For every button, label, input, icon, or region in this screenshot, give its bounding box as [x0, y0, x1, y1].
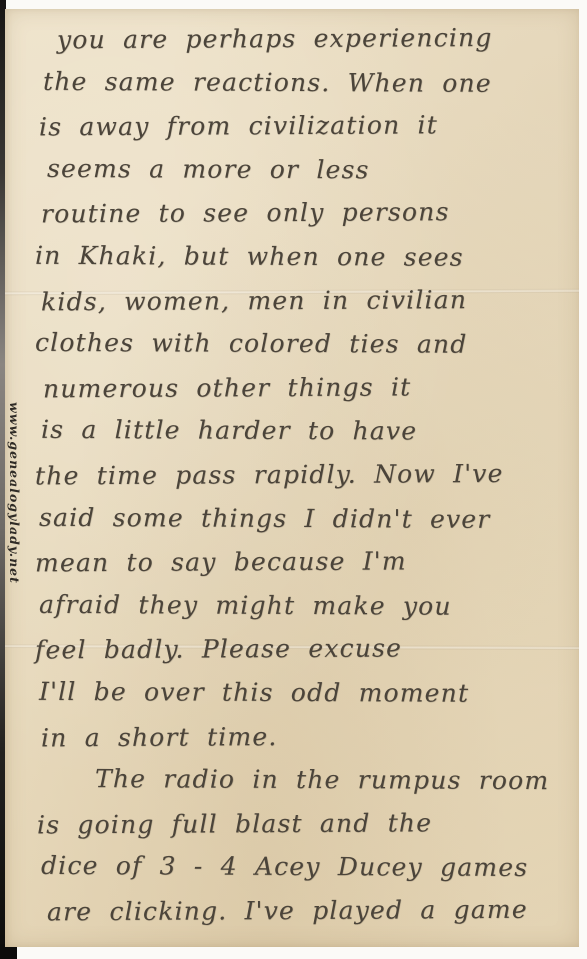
letter-line: mean to say because I'm — [35, 539, 567, 585]
letter-line: said some things I didn't ever — [35, 495, 567, 541]
letter-line: afraid they might make you — [35, 583, 567, 629]
letter-line: The radio in the rumpus room — [35, 757, 567, 803]
letter-line: routine to see only persons — [35, 190, 567, 236]
letter-line: are clicking. I've played a game — [35, 887, 567, 933]
letter-line: I'll be over this odd moment — [35, 670, 567, 716]
letter-line: the same reactions. When one — [35, 59, 567, 105]
letter-body: you are perhaps experiencingthe same rea… — [35, 17, 567, 932]
letter-line: is going full blast and the — [35, 800, 567, 846]
letter-line: numerous other things it — [35, 364, 567, 410]
letter-line: seems a more or less — [35, 147, 567, 193]
watermark-url: www.genealogylady.net — [7, 402, 22, 650]
letter-line: clothes with colored ties and — [35, 321, 567, 367]
letter-line: you are perhaps experiencing — [35, 16, 567, 62]
letter-line: feel badly. Please excuse — [35, 626, 567, 672]
letter-line: is away from civilization it — [35, 103, 567, 149]
letter-line: in a short time. — [35, 713, 567, 759]
letter-line: in Khaki, but when one sees — [35, 234, 567, 280]
letter-page: www.genealogylady.net you are perhaps ex… — [5, 9, 579, 947]
letter-line: dice of 3 - 4 Acey Ducey games — [35, 844, 567, 890]
letter-scan: www.genealogylady.net you are perhaps ex… — [0, 0, 587, 959]
letter-line: the time pass rapidly. Now I've — [35, 452, 567, 498]
letter-line: kids, women, men in civilian — [35, 277, 567, 323]
letter-line: is a little harder to have — [35, 408, 567, 454]
